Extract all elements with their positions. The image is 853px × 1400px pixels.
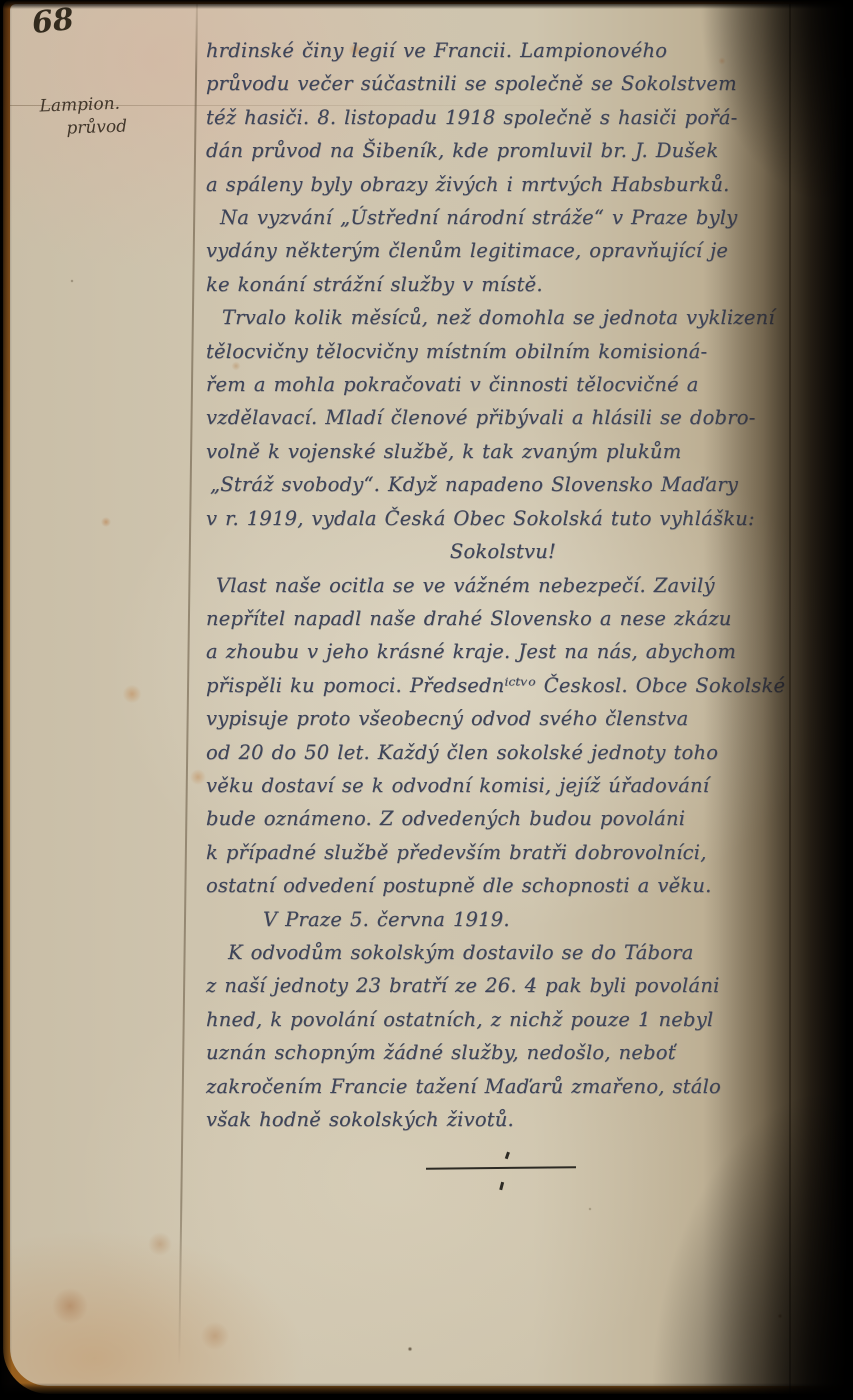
scan-shadow-left xyxy=(0,0,12,1400)
margin-note: Lampion. průvod xyxy=(39,93,127,142)
margin-note-line2: průvod xyxy=(40,115,127,141)
scan-vignette-bottomright xyxy=(573,960,853,1400)
margin-note-line1: Lampion. xyxy=(39,93,126,119)
margin-rule-line xyxy=(178,4,198,1366)
scan-vignette-topright xyxy=(633,0,853,300)
scanned-chronicle-page: 68 Lampion. průvod hrdinské činy legií v… xyxy=(0,0,853,1400)
section-divider xyxy=(426,1166,576,1170)
